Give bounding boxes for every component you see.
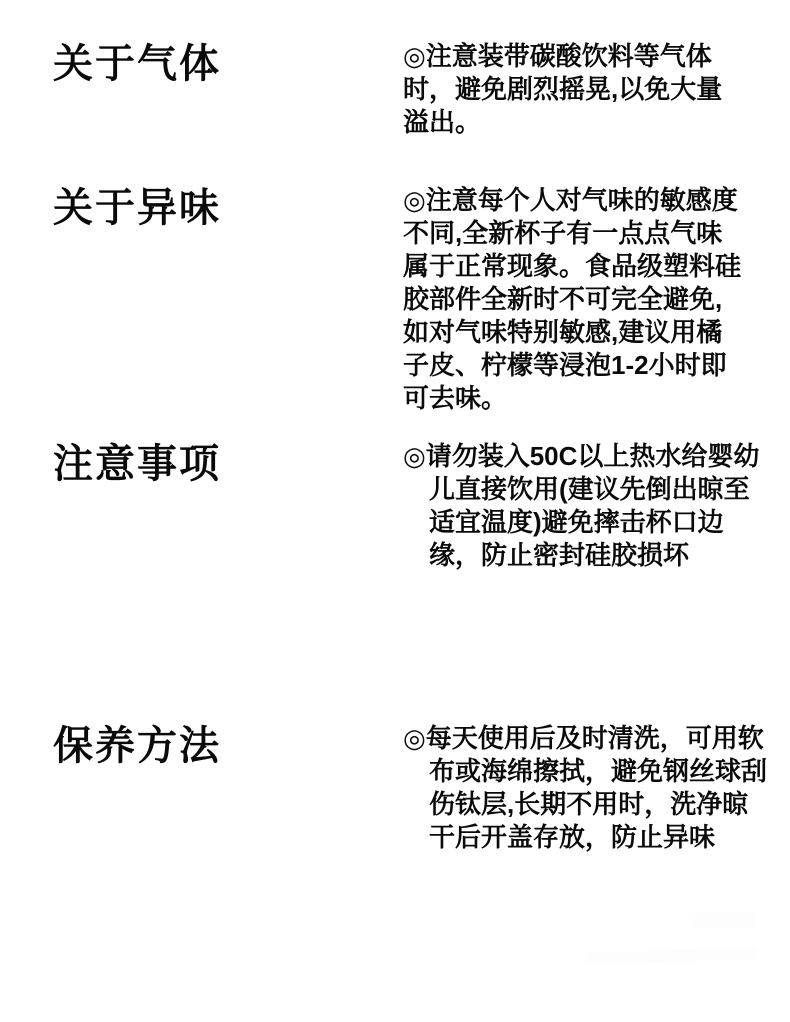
section-care-body: ◎每天使用后及时清洗，可用软布或海绵擦拭，避免钢丝球刮伤钛层,长期不用时，洗净晾… (403, 722, 771, 854)
section-care-text: 每天使用后及时清洗，可用软布或海绵擦拭，避免钢丝球刮伤钛层,长期不用时，洗净晾干… (426, 723, 767, 852)
double-circle-bullet-icon: ◎ (403, 185, 426, 215)
section-odor-text: 注意每个人对气味的敏感度不同,全新杯子有一点点气味属于正常现象。食品级塑料硅胶部… (403, 185, 741, 413)
section-odor-body: ◎注意每个人对气味的敏感度不同,全新杯子有一点点气味属于正常现象。食品级塑料硅胶… (403, 184, 745, 415)
faint-watermark-band (585, 947, 757, 965)
section-precautions-body: ◎请勿装入50C以上热水给婴幼儿直接饮用(建议先倒出晾至适宜温度)避免摔击杯口边… (403, 440, 771, 572)
section-care-heading: 保养方法 (53, 726, 221, 766)
double-circle-bullet-icon: ◎ (403, 41, 426, 71)
section-precautions-text: 请勿装入50C以上热水给婴幼儿直接饮用(建议先倒出晾至适宜温度)避免摔击杯口边缘… (426, 441, 760, 570)
care-instructions-page: 关于气体 ◎注意装带碳酸饮料等气体时，避免剧烈摇晃,以免大量溢出。 关于异味 ◎… (0, 0, 790, 1022)
section-gas-text: 注意装带碳酸饮料等气体时，避免剧烈摇晃,以免大量溢出。 (403, 41, 722, 137)
section-gas-heading: 关于气体 (53, 44, 221, 84)
section-precautions-heading: 注意事项 (53, 444, 221, 484)
double-circle-bullet-icon: ◎ (403, 441, 426, 471)
double-circle-bullet-icon: ◎ (403, 723, 426, 753)
section-gas-body: ◎注意装带碳酸饮料等气体时，避免剧烈摇晃,以免大量溢出。 (403, 40, 745, 139)
section-odor-heading: 关于异味 (53, 188, 221, 228)
faint-watermark-rect (693, 913, 754, 929)
